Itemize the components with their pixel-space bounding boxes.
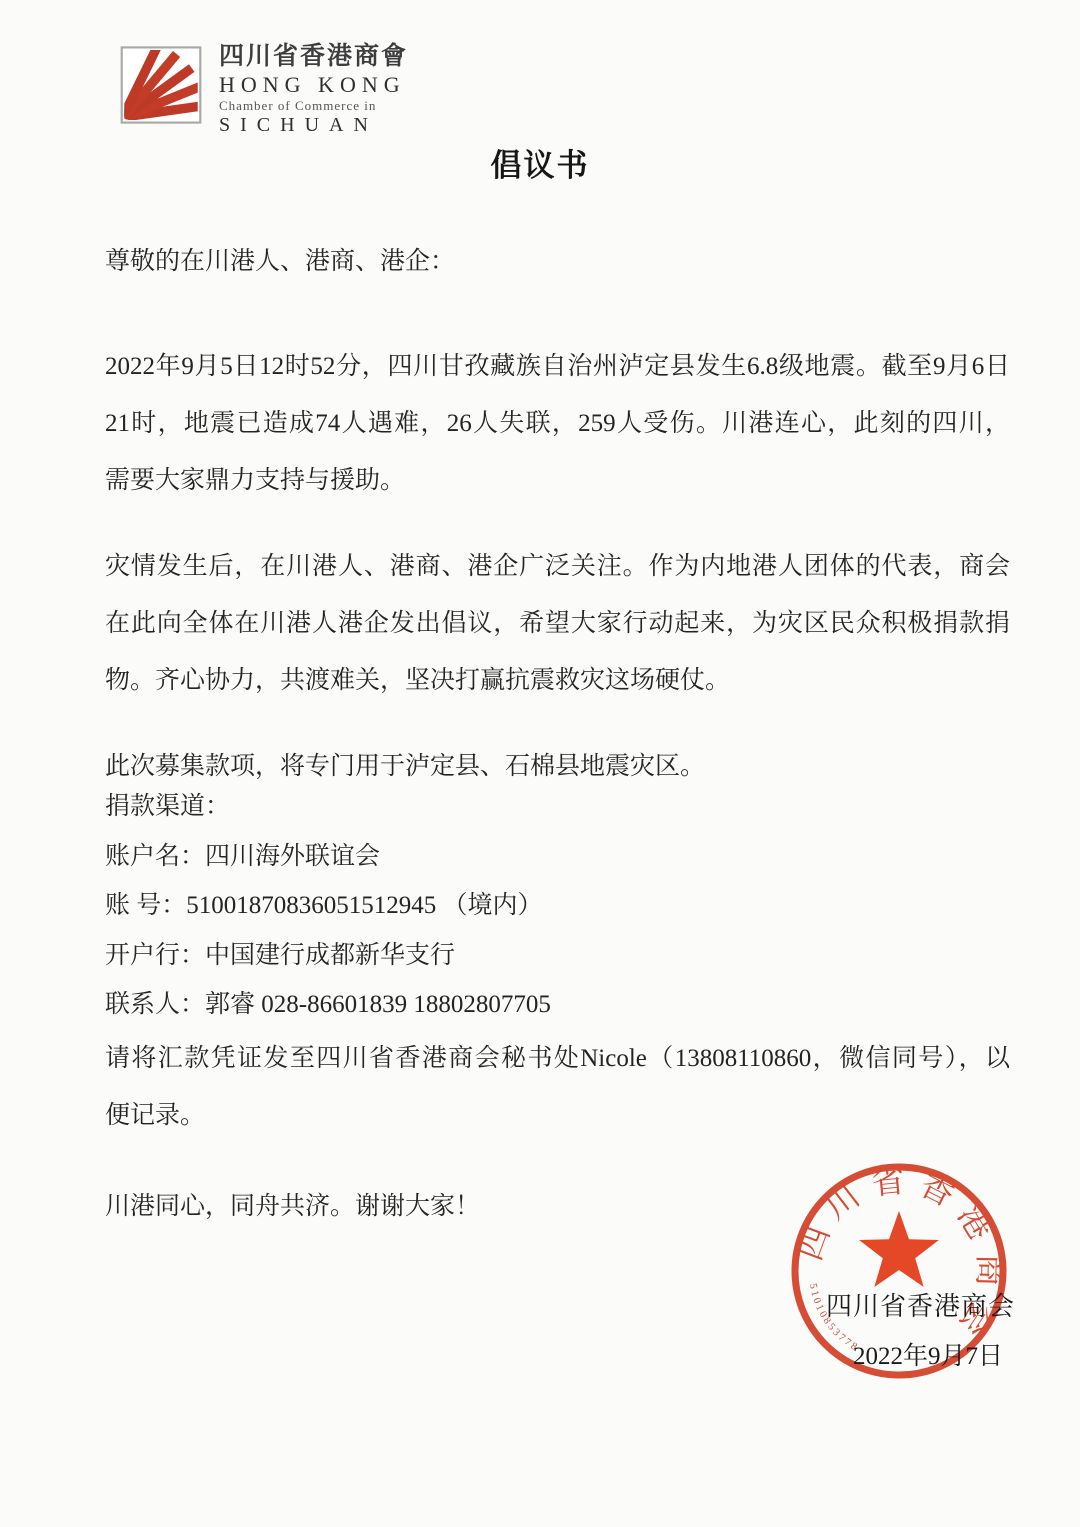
logo-en-name: HONG KONG <box>219 74 408 96</box>
red-fan-icon <box>118 44 204 126</box>
seal-star <box>859 1211 939 1287</box>
paragraph-line: 物。齐心协力，共渡难关，坚决打赢抗震救灾这场硬仗。 <box>105 652 1010 709</box>
paragraph-line: 21时，地震已造成74人遇难，26人失联，259人受伤。川港连心，此刻的四川， <box>105 395 1010 452</box>
donation-info: 捐款渠道：账户名：四川海外联谊会账 号：51001870836051512945… <box>105 782 1010 1030</box>
donation-info-line: 捐款渠道： <box>105 782 1010 832</box>
logo-en-region: SICHUAN <box>219 115 408 135</box>
paragraph-line: 在此向全体在川港人港企发出倡议，希望大家行动起来，为灾区民众积极捐款捐 <box>105 595 1010 652</box>
signature-org: 四川省香港商会 <box>826 1286 1015 1323</box>
logo-cn-name: 四川省香港商會 <box>219 44 408 69</box>
donation-info-line: 账 号：51001870836051512945 （境内） <box>105 881 1010 931</box>
org-logo: 四川省香港商會 HONG KONG Chamber of Commerce in… <box>118 44 408 135</box>
paragraph-line: 便记录。 <box>105 1087 1010 1144</box>
paragraph-line: 请将汇款凭证发至四川省香港商会秘书处Nicole（13808110860，微信同… <box>105 1030 1010 1087</box>
donation-info-line: 联系人：郭睿 028-86601839 18802807705 <box>105 980 1010 1030</box>
paragraph-remit-note: 请将汇款凭证发至四川省香港商会秘书处Nicole（13808110860，微信同… <box>105 1030 1010 1144</box>
signature-date: 2022年9月7日 <box>853 1336 1003 1372</box>
donation-info-line: 账户名：四川海外联谊会 <box>105 832 1010 882</box>
salutation: 尊敬的在川港人、港商、港企： <box>105 233 1010 290</box>
logo-en-sub: Chamber of Commerce in <box>219 99 408 112</box>
paragraph-earthquake: 2022年9月5日12时52分，四川甘孜藏族自治州泸定县发生6.8级地震。截至9… <box>105 338 1010 509</box>
paragraph-line: 2022年9月5日12时52分，四川甘孜藏族自治州泸定县发生6.8级地震。截至9… <box>105 338 1010 395</box>
letter-page: 四川省香港商會 HONG KONG Chamber of Commerce in… <box>0 0 1080 1527</box>
paragraph-appeal: 灾情发生后，在川港人、港商、港企广泛关注。作为内地港人团体的代表，商会在此向全体… <box>105 538 1010 709</box>
paragraph-line: 需要大家鼎力支持与援助。 <box>105 452 1010 509</box>
paragraph-line: 灾情发生后，在川港人、港商、港企广泛关注。作为内地港人团体的代表，商会 <box>105 538 1010 595</box>
document-title: 倡议书 <box>0 140 1080 185</box>
logo-text: 四川省香港商會 HONG KONG Chamber of Commerce in… <box>219 44 408 135</box>
donation-info-line: 开户行：中国建行成都新华支行 <box>105 931 1010 981</box>
